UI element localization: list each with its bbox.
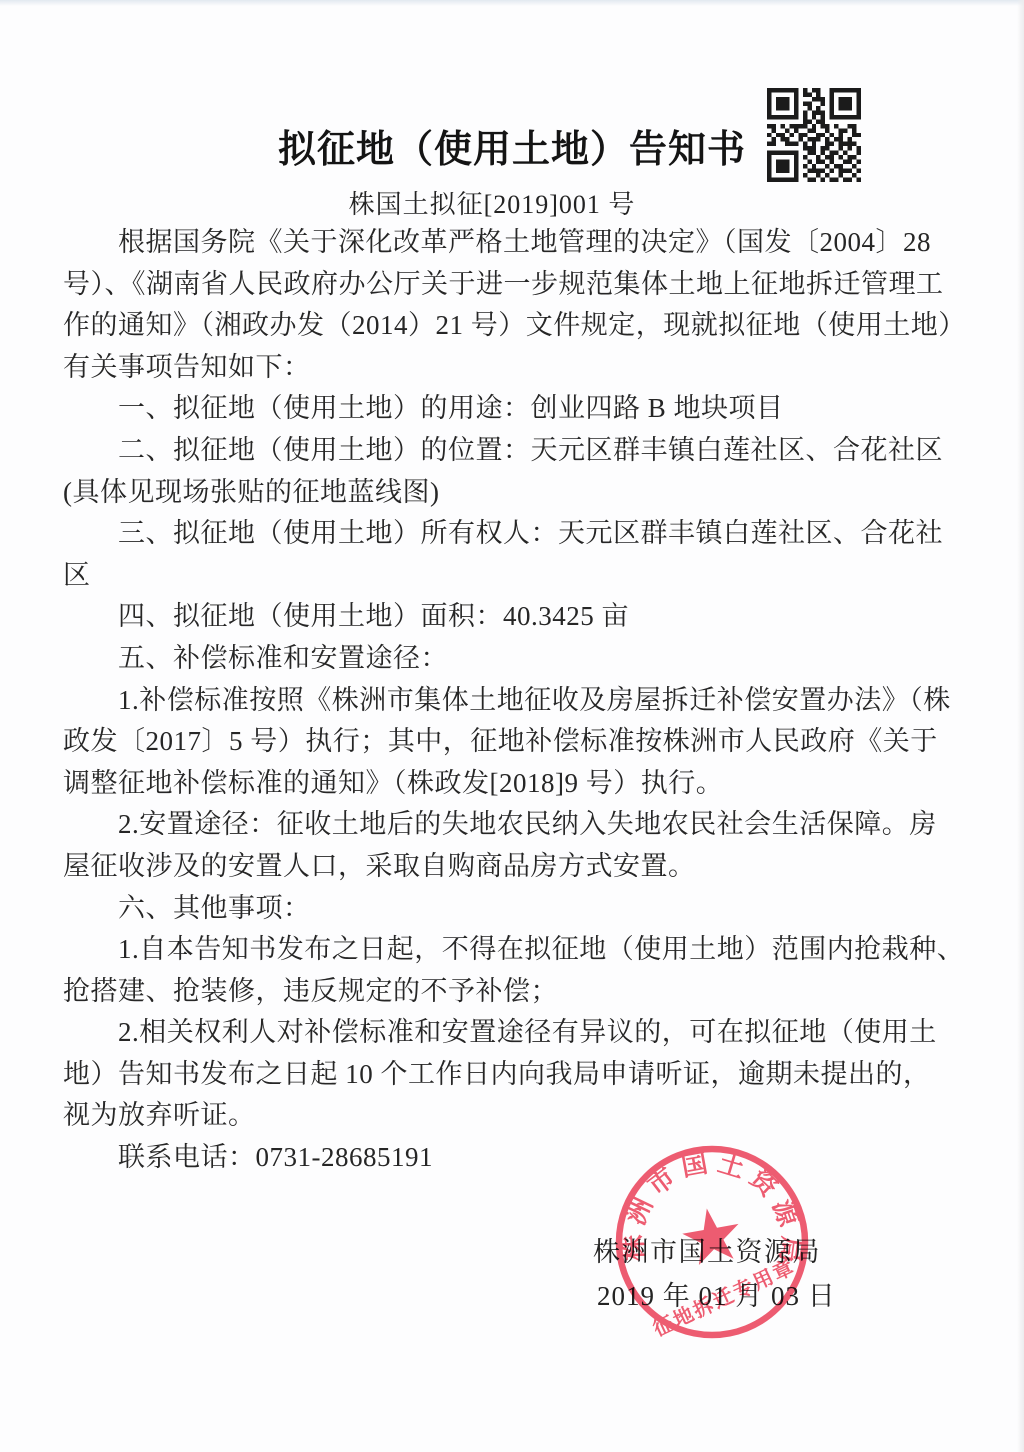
official-seal: 株洲市国土资源局 征地拆迁专用章 xyxy=(602,1132,822,1352)
body-line: 调整征地补偿标准的通知》（株政发[2018]9 号）执行。 xyxy=(63,763,968,805)
body-line: 联系电话：0731-28685191 xyxy=(63,1137,968,1179)
body-line: 有关事项告知如下： xyxy=(63,347,968,389)
body-line: 2.安置途径：征收土地后的失地农民纳入失地农民社会生活保障。房 xyxy=(63,804,968,846)
document-title: 拟征地（使用土地）告知书 xyxy=(0,118,1024,173)
body-line: 视为放弃听证。 xyxy=(63,1095,968,1137)
seal-arc-text: 株洲市国土资源局 xyxy=(619,1148,807,1272)
body-line: 四、拟征地（使用土地）面积：40.3425 亩 xyxy=(63,596,968,638)
body-line: 2.相关权利人对补偿标准和安置途径有异议的，可在拟征地（使用土 xyxy=(63,1012,968,1054)
body-line: 五、补偿标准和安置途径： xyxy=(63,638,968,680)
seal-star-icon xyxy=(682,1209,738,1266)
seal-banner-text: 征地拆迁专用章 xyxy=(649,1254,799,1341)
body-line: 地）告知书发布之日起 10 个工作日内向我局申请听证，逾期未提出的， xyxy=(63,1054,968,1096)
svg-text:株洲市国土资源局: 株洲市国土资源局 xyxy=(619,1148,807,1272)
body-line: 1.自本告知书发布之日起，不得在拟征地（使用土地）范围内抢栽种、 xyxy=(63,929,968,971)
scan-edge-shade-top xyxy=(0,0,1024,6)
body-line: 根据国务院《关于深化改革严格土地管理的决定》（国发〔2004〕28 xyxy=(63,222,968,264)
body-line: 二、拟征地（使用土地）的位置：天元区群丰镇白莲社区、合花社区 xyxy=(63,430,968,472)
document-number: 株国土拟征[2019]001 号 xyxy=(0,184,1004,221)
body-line: 六、其他事项： xyxy=(63,888,968,930)
body-line: 区 xyxy=(63,555,968,597)
scanned-document-page: 拟征地（使用土地）告知书 株国土拟征[2019]001 号 根据国务院《关于深化… xyxy=(0,0,1024,1452)
body-line: 政发〔2017〕5 号）执行；其中，征地补偿标准按株洲市人民政府《关于 xyxy=(63,721,968,763)
body-line: (具体见现场张贴的征地蓝线图) xyxy=(63,472,968,514)
body-line: 屋征收涉及的安置人口，采取自购商品房方式安置。 xyxy=(63,846,968,888)
body-line: 三、拟征地（使用土地）所有权人：天元区群丰镇白莲社区、合花社 xyxy=(63,513,968,555)
scan-edge-shade-right xyxy=(1017,0,1024,1452)
body-line: 1.补偿标准按照《株洲市集体土地征收及房屋拆迁补偿安置办法》（株 xyxy=(63,680,968,722)
body-line: 号）、《湖南省人民政府办公厅关于进一步规范集体土地上征地拆迁管理工 xyxy=(63,264,968,306)
body-line: 作的通知》（湘政办发（2014）21 号）文件规定，现就拟征地（使用土地） xyxy=(63,305,968,347)
body-line: 抢搭建、抢装修，违反规定的不予补偿； xyxy=(63,971,968,1013)
body-line: 一、拟征地（使用土地）的用途：创业四路 B 地块项目 xyxy=(63,388,968,430)
document-body: 根据国务院《关于深化改革严格土地管理的决定》（国发〔2004〕28号）、《湖南省… xyxy=(63,222,968,1179)
